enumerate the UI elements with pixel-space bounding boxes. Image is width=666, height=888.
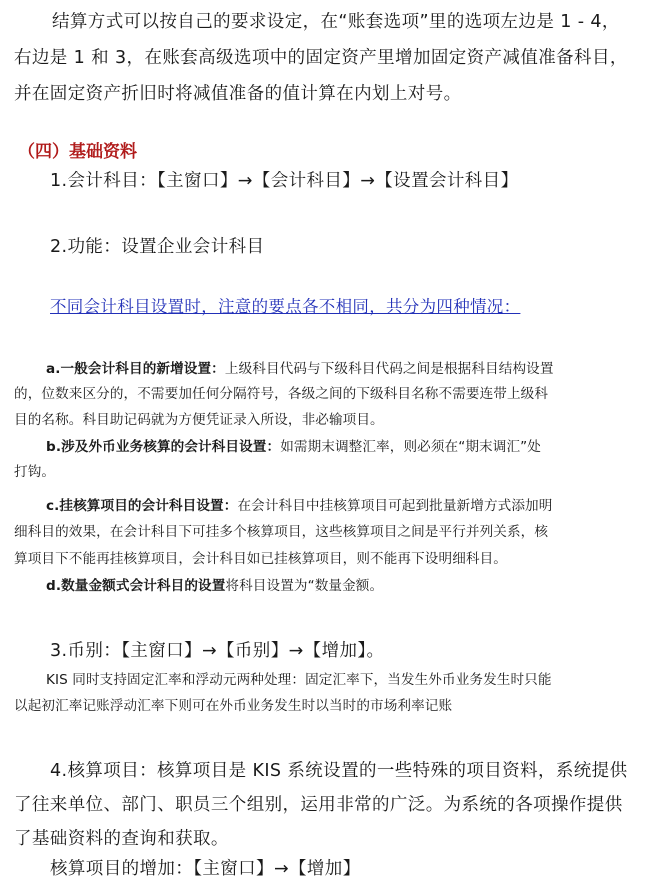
item-4-line-2: 了往来单位、部门、职员三个组别，运用非常的广泛。为系统的各项操作提供 [14,791,623,816]
item-2-function: 2.功能：设置企业会计科目 [50,233,264,258]
case-a-line-1: a.一般会计科目的新增设置：上级科目代码与下级科目代码之间是根据科目结构设置 [46,357,554,377]
item-1-path: 1.会计科目：【主窗口】→【会计科目】→【设置会计科目】 [50,167,518,192]
case-c-line-3: 算项目下不能再挂核算项目，会计科目如已挂核算项目，则不能再下设明细科目。 [14,547,507,567]
item-4-line-3: 了基础资料的查询和获取。 [14,825,229,850]
case-c-line-2: 细科目的效果，在会计科目下可挂多个核算项目，这些核算项目之间是平行并列关系，核 [14,520,548,540]
case-d-title: d.数量金额式会计科目的设置 [46,578,225,594]
case-c-text-1: 在会计科目中挂核算项目可起到批量新增方式添加明 [237,498,552,514]
item-4-line-1: 4.核算项目：核算项目是 KIS 系统设置的一些特殊的项目资料，系统提供 [50,757,627,782]
intro-line-1: 结算方式可以按自己的要求设定，在“账套选项”里的选项左边是 1 - 4， [52,8,620,33]
intro-line-2: 右边是 1 和 3，在账套高级选项中的固定资产里增加固定资产减值准备科目， [14,44,628,69]
case-a-title: a.一般会计科目的新增设置： [46,361,225,377]
intro-line-3: 并在固定资产折旧时将减值准备的值计算在内划上对号。 [14,80,462,105]
case-c-line-1: c.挂核算项目的会计科目设置：在会计科目中挂核算项目可起到批量新增方式添加明 [46,494,552,514]
item-3-desc-line-2: 以起初汇率记账浮动汇率下则可在外币业务发生时以当时的市场利率记账 [14,694,452,714]
item-3-desc-line-1: KIS 同时支持固定汇率和浮动元两种处理：固定汇率下，当发生外币业务发生时只能 [46,668,552,688]
section-heading: （四）基础资料 [18,137,137,162]
item-3-path: 3.币别：【主窗口】→【币别】→【增加】。 [50,637,384,662]
case-b-line-2: 打钩。 [14,460,55,480]
case-d-text-1: 将科目设置为“数量金额。 [225,578,383,594]
case-b-line-1: b.涉及外币业务核算的会计科目设置：如需期末调整汇率，则必须在“期末调汇”处 [46,435,541,455]
case-a-text-1: 上级科目代码与下级科目代码之间是根据科目结构设置 [225,361,554,377]
case-b-text-1: 如需期末调整汇率，则必须在“期末调汇”处 [280,439,541,455]
four-cases-link[interactable]: 不同会计科目设置时，注意的要点各不相同，共分为四种情况： [50,293,520,317]
case-a-line-2: 的，位数来区分的，不需要加任何分隔符号，各级之间的下级科目名称不需要连带上级科 [14,382,548,402]
item-4-add-path: 核算项目的增加：【主窗口】→【增加】 [50,855,361,880]
case-a-line-3: 目的名称。科目助记码就为方便凭证录入所设，非必输项目。 [14,408,384,428]
case-b-title: b.涉及外币业务核算的会计科目设置： [46,439,280,455]
case-d-line-1: d.数量金额式会计科目的设置将科目设置为“数量金额。 [46,574,383,594]
case-c-title: c.挂核算项目的会计科目设置： [46,498,237,514]
